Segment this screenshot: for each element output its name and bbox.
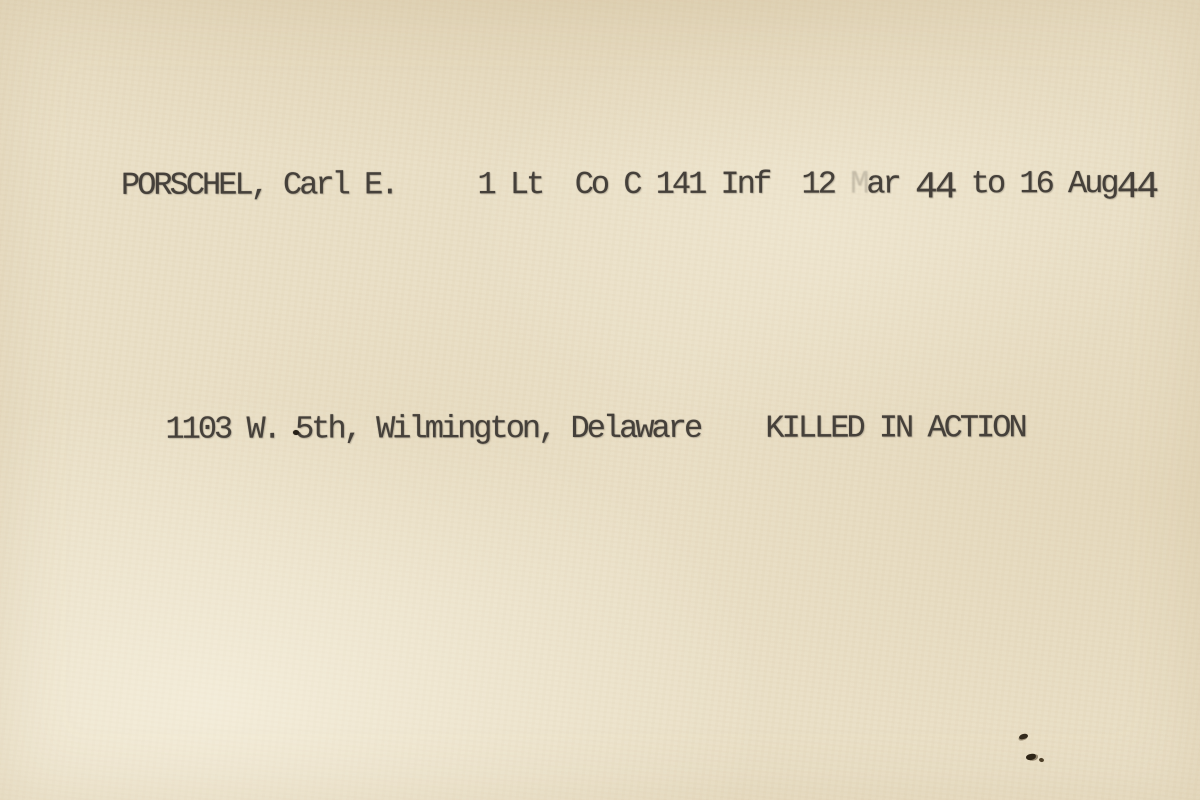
record-line-primary: PORSCHEL, Carl E. 1 Lt Co C 141 Inf 12 M… bbox=[24, 124, 1157, 250]
ink-speck bbox=[1018, 733, 1028, 741]
date-range-text: to 16 Aug bbox=[955, 165, 1117, 202]
faint-character: M bbox=[850, 166, 866, 203]
ink-speck bbox=[1026, 753, 1037, 761]
casualty-status-text: KILLED IN ACTION bbox=[765, 409, 1024, 446]
year-end-digits: 44 bbox=[1117, 166, 1157, 209]
year-start-digits: 44 bbox=[915, 166, 955, 209]
typewritten-text-block: PORSCHEL, Carl E. 1 Lt Co C 141 Inf 12 M… bbox=[23, 4, 1156, 610]
month-text: ar bbox=[866, 165, 915, 202]
name-rank-unit-text: PORSCHEL, Carl E. 1 Lt Co C 141 Inf 12 bbox=[121, 166, 850, 204]
ink-speck bbox=[1038, 757, 1044, 762]
service-record-card: PORSCHEL, Carl E. 1 Lt Co C 141 Inf 12 M… bbox=[0, 0, 1200, 800]
record-line-secondary: 1103 W. 5th, Wilmington, DelawareKILLED … bbox=[68, 368, 1157, 490]
home-address-text: 1103 W. 5th, Wilmington, Delaware bbox=[165, 410, 700, 448]
